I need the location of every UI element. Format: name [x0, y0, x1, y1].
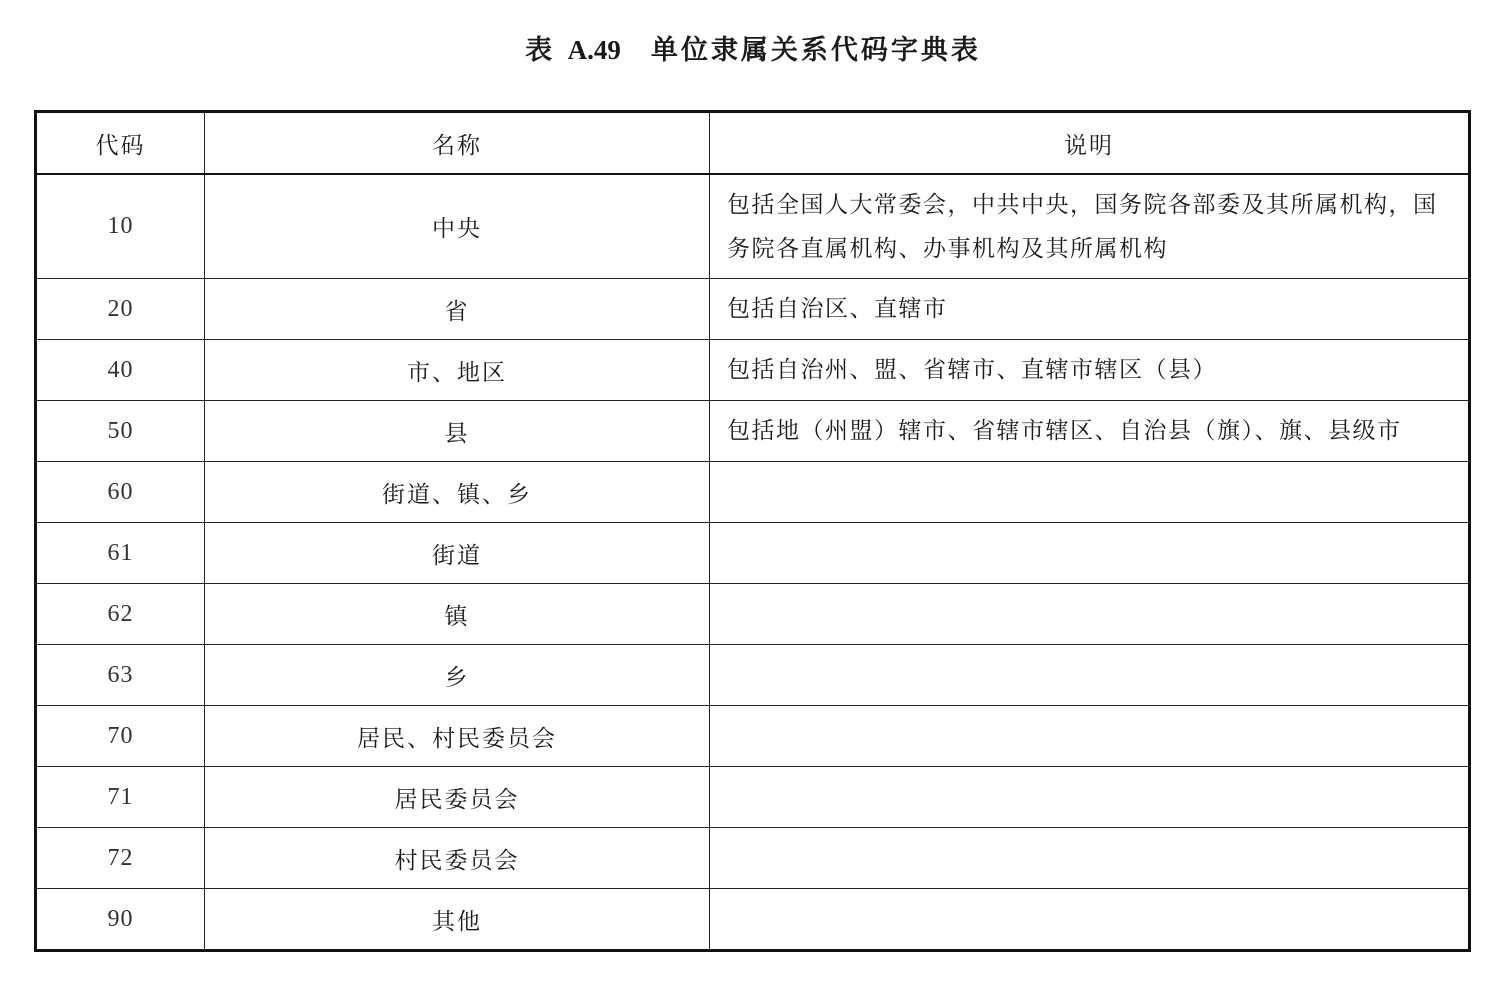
table-row: 90 其他: [36, 889, 1470, 951]
cell-code: 10: [36, 174, 205, 279]
cell-name: 中央: [205, 174, 710, 279]
table-title: 表 A.49单位隶属关系代码字典表: [0, 28, 1491, 67]
table-row: 61 街道: [36, 523, 1470, 584]
cell-name: 街道、镇、乡: [205, 462, 710, 523]
cell-name: 居民委员会: [205, 767, 710, 828]
cell-code: 61: [36, 523, 205, 584]
table-row: 50 县 包括地（州盟）辖市、省辖市辖区、自治县（旗）、旗、县级市: [36, 401, 1470, 462]
cell-code: 60: [36, 462, 205, 523]
header-code: 代码: [36, 112, 205, 175]
table-number: A.49: [568, 35, 621, 65]
cell-code: 20: [36, 279, 205, 340]
cell-name: 县: [205, 401, 710, 462]
cell-code: 50: [36, 401, 205, 462]
table-row: 62 镇: [36, 584, 1470, 645]
table-title-text: 单位隶属关系代码字典表: [651, 35, 981, 66]
cell-code: 70: [36, 706, 205, 767]
table-row: 72 村民委员会: [36, 828, 1470, 889]
table-title-prefix: 表: [525, 35, 567, 66]
cell-description: [710, 767, 1470, 828]
header-description: 说明: [710, 112, 1470, 175]
table-row: 40 市、地区 包括自治州、盟、省辖市、直辖市辖区（县）: [36, 340, 1470, 401]
cell-name: 市、地区: [205, 340, 710, 401]
table-row: 70 居民、村民委员会: [36, 706, 1470, 767]
cell-name: 其他: [205, 889, 710, 951]
cell-description: 包括全国人大常委会，中共中央，国务院各部委及其所属机构，国务院各直属机构、办事机…: [710, 174, 1470, 279]
cell-description: [710, 706, 1470, 767]
table-header-row: 代码 名称 说明: [36, 112, 1470, 175]
cell-name: 村民委员会: [205, 828, 710, 889]
cell-code: 63: [36, 645, 205, 706]
table-row: 60 街道、镇、乡: [36, 462, 1470, 523]
cell-description: 包括自治州、盟、省辖市、直辖市辖区（县）: [710, 340, 1470, 401]
cell-description: [710, 462, 1470, 523]
cell-description: [710, 523, 1470, 584]
table-row: 71 居民委员会: [36, 767, 1470, 828]
cell-description: 包括自治区、直辖市: [710, 279, 1470, 340]
cell-name: 街道: [205, 523, 710, 584]
code-dictionary-table: 代码 名称 说明 10 中央 包括全国人大常委会，中共中央，国务院各部委及其所属…: [34, 110, 1471, 952]
table-row: 10 中央 包括全国人大常委会，中共中央，国务院各部委及其所属机构，国务院各直属…: [36, 174, 1470, 279]
cell-name: 省: [205, 279, 710, 340]
cell-code: 71: [36, 767, 205, 828]
cell-description: [710, 828, 1470, 889]
cell-code: 90: [36, 889, 205, 951]
cell-description: [710, 645, 1470, 706]
table-row: 20 省 包括自治区、直辖市: [36, 279, 1470, 340]
header-name: 名称: [205, 112, 710, 175]
cell-description: [710, 889, 1470, 951]
cell-name: 乡: [205, 645, 710, 706]
cell-code: 72: [36, 828, 205, 889]
cell-name: 镇: [205, 584, 710, 645]
cell-description: [710, 584, 1470, 645]
cell-code: 40: [36, 340, 205, 401]
table-row: 63 乡: [36, 645, 1470, 706]
cell-description: 包括地（州盟）辖市、省辖市辖区、自治县（旗）、旗、县级市: [710, 401, 1470, 462]
cell-code: 62: [36, 584, 205, 645]
cell-name: 居民、村民委员会: [205, 706, 710, 767]
